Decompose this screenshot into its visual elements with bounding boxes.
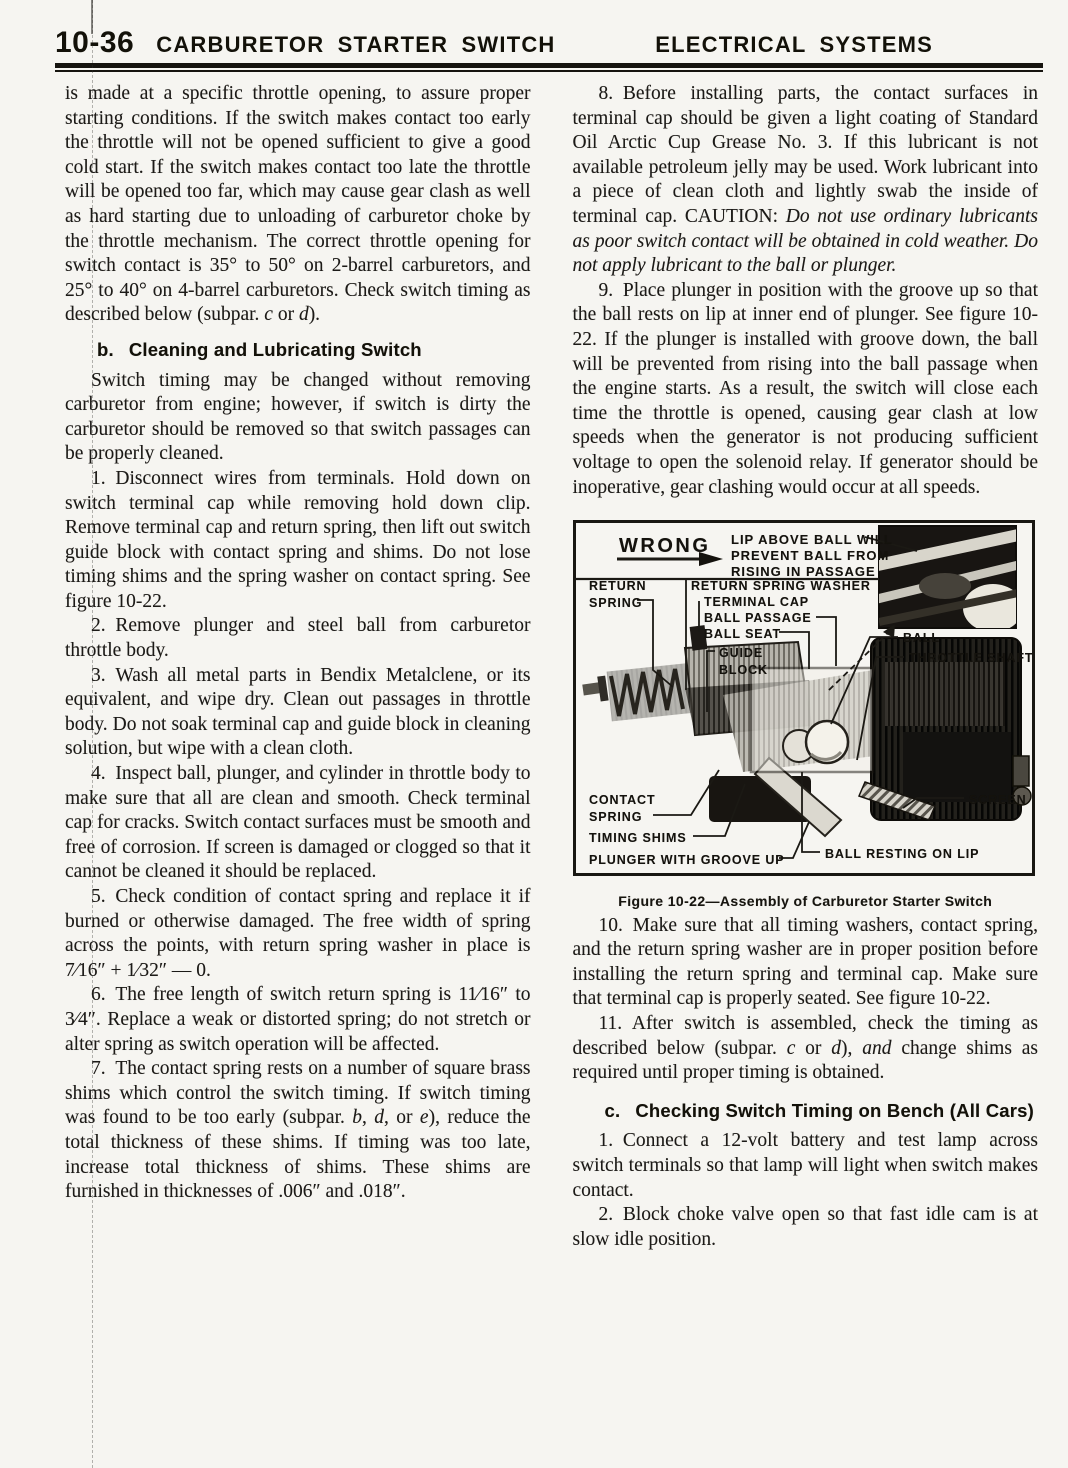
page-number: 10-36 [55, 26, 134, 60]
figure-10-22: WRONG LIP ABOVE BALL WILL PREVENT BALL F… [573, 520, 1039, 914]
heading-label: Checking Switch Timing on Bench (All Car… [635, 1100, 1034, 1121]
step-8: 8. Before installing parts, the contact … [573, 82, 1039, 279]
two-column-body: is made at a specific throttle opening, … [0, 72, 1068, 1252]
header-rule [55, 63, 1043, 72]
manual-page: 10-36 CARBURETOR STARTER SWITCH ELECTRIC… [0, 0, 1068, 1468]
label-timing-shims: TIMING SHIMS [589, 831, 687, 845]
intro-paragraph: is made at a specific throttle opening, … [65, 82, 531, 328]
step-2: 2. Remove plunger and steel ball from ca… [65, 614, 531, 663]
label-return-spring-1: RETURN [589, 579, 646, 593]
left-column: is made at a specific throttle opening, … [65, 82, 531, 1252]
step-7: 7. The contact spring rests on a number … [65, 1057, 531, 1205]
page-header: 10-36 CARBURETOR STARTER SWITCH ELECTRIC… [0, 0, 1068, 60]
note-line-1: LIP ABOVE BALL WILL [731, 532, 893, 547]
label-plunger: PLUNGER WITH GROOVE UP [589, 853, 785, 867]
label-guide-2: BLOCK [719, 663, 768, 677]
label-throttle-shaft: THROTTLE SHAFT [909, 651, 1033, 665]
right-column: 8. Before installing parts, the contact … [573, 82, 1039, 1252]
bench-step-1: 1. Connect a 12-volt battery and test la… [573, 1129, 1039, 1203]
step-1: 1. Disconnect wires from terminals. Hold… [65, 467, 531, 615]
heading-prefix: b. [97, 339, 114, 360]
label-return-spring-2: SPRING [589, 596, 642, 610]
header-left-title: CARBURETOR STARTER SWITCH [156, 32, 555, 58]
heading-label: Cleaning and Lubricating Switch [129, 339, 422, 360]
step-10: 10. Make sure that all timing washers, c… [573, 914, 1039, 1012]
step-6: 6. The free length of switch return spri… [65, 983, 531, 1057]
section-heading-c: c.Checking Switch Timing on Bench (All C… [605, 1099, 1039, 1124]
step-9: 9. Place plunger in position with the gr… [573, 279, 1039, 500]
label-ball: BALL [903, 631, 940, 645]
bench-step-2: 2. Block choke valve open so that fast i… [573, 1203, 1039, 1252]
step-3: 3. Wash all metal parts in Bendix Metalc… [65, 664, 531, 762]
step-5: 5. Check condition of contact spring and… [65, 885, 531, 983]
step-4: 4. Inspect ball, plunger, and cylinder i… [65, 762, 531, 885]
label-screen: SCREEN [969, 793, 1027, 807]
label-ball-resting: BALL RESTING ON LIP [825, 847, 979, 861]
label-contact-1: CONTACT [589, 793, 655, 807]
note-line-3: RISING IN PASSAGE [731, 564, 876, 579]
section-heading-b: b.Cleaning and Lubricating Switch [97, 338, 531, 363]
label-guide-1: GUIDE [719, 646, 763, 660]
figure-caption: Figure 10-22—Assembly of Carburetor Star… [573, 889, 1039, 914]
label-ball-seat: BALL SEAT [704, 627, 781, 641]
wrong-label: WRONG [619, 535, 710, 557]
paragraph-b-intro: Switch timing may be changed without rem… [65, 369, 531, 467]
note-line-2: PREVENT BALL FROM [731, 548, 889, 563]
label-contact-2: SPRING [589, 810, 642, 824]
heading-prefix: c. [605, 1100, 621, 1121]
label-ball-passage: BALL PASSAGE [704, 611, 812, 625]
header-right-title: ELECTRICAL SYSTEMS [655, 32, 933, 58]
figure-10-22-diagram: WRONG LIP ABOVE BALL WILL PREVENT BALL F… [573, 520, 1035, 876]
label-terminal-cap: TERMINAL CAP [704, 595, 809, 609]
inset-photo [873, 526, 1023, 632]
step-11: 11. After switch is assembled, check the… [573, 1012, 1039, 1086]
label-return-spring-washer: RETURN SPRING WASHER [691, 579, 871, 593]
scan-fold-tick [91, 0, 93, 34]
